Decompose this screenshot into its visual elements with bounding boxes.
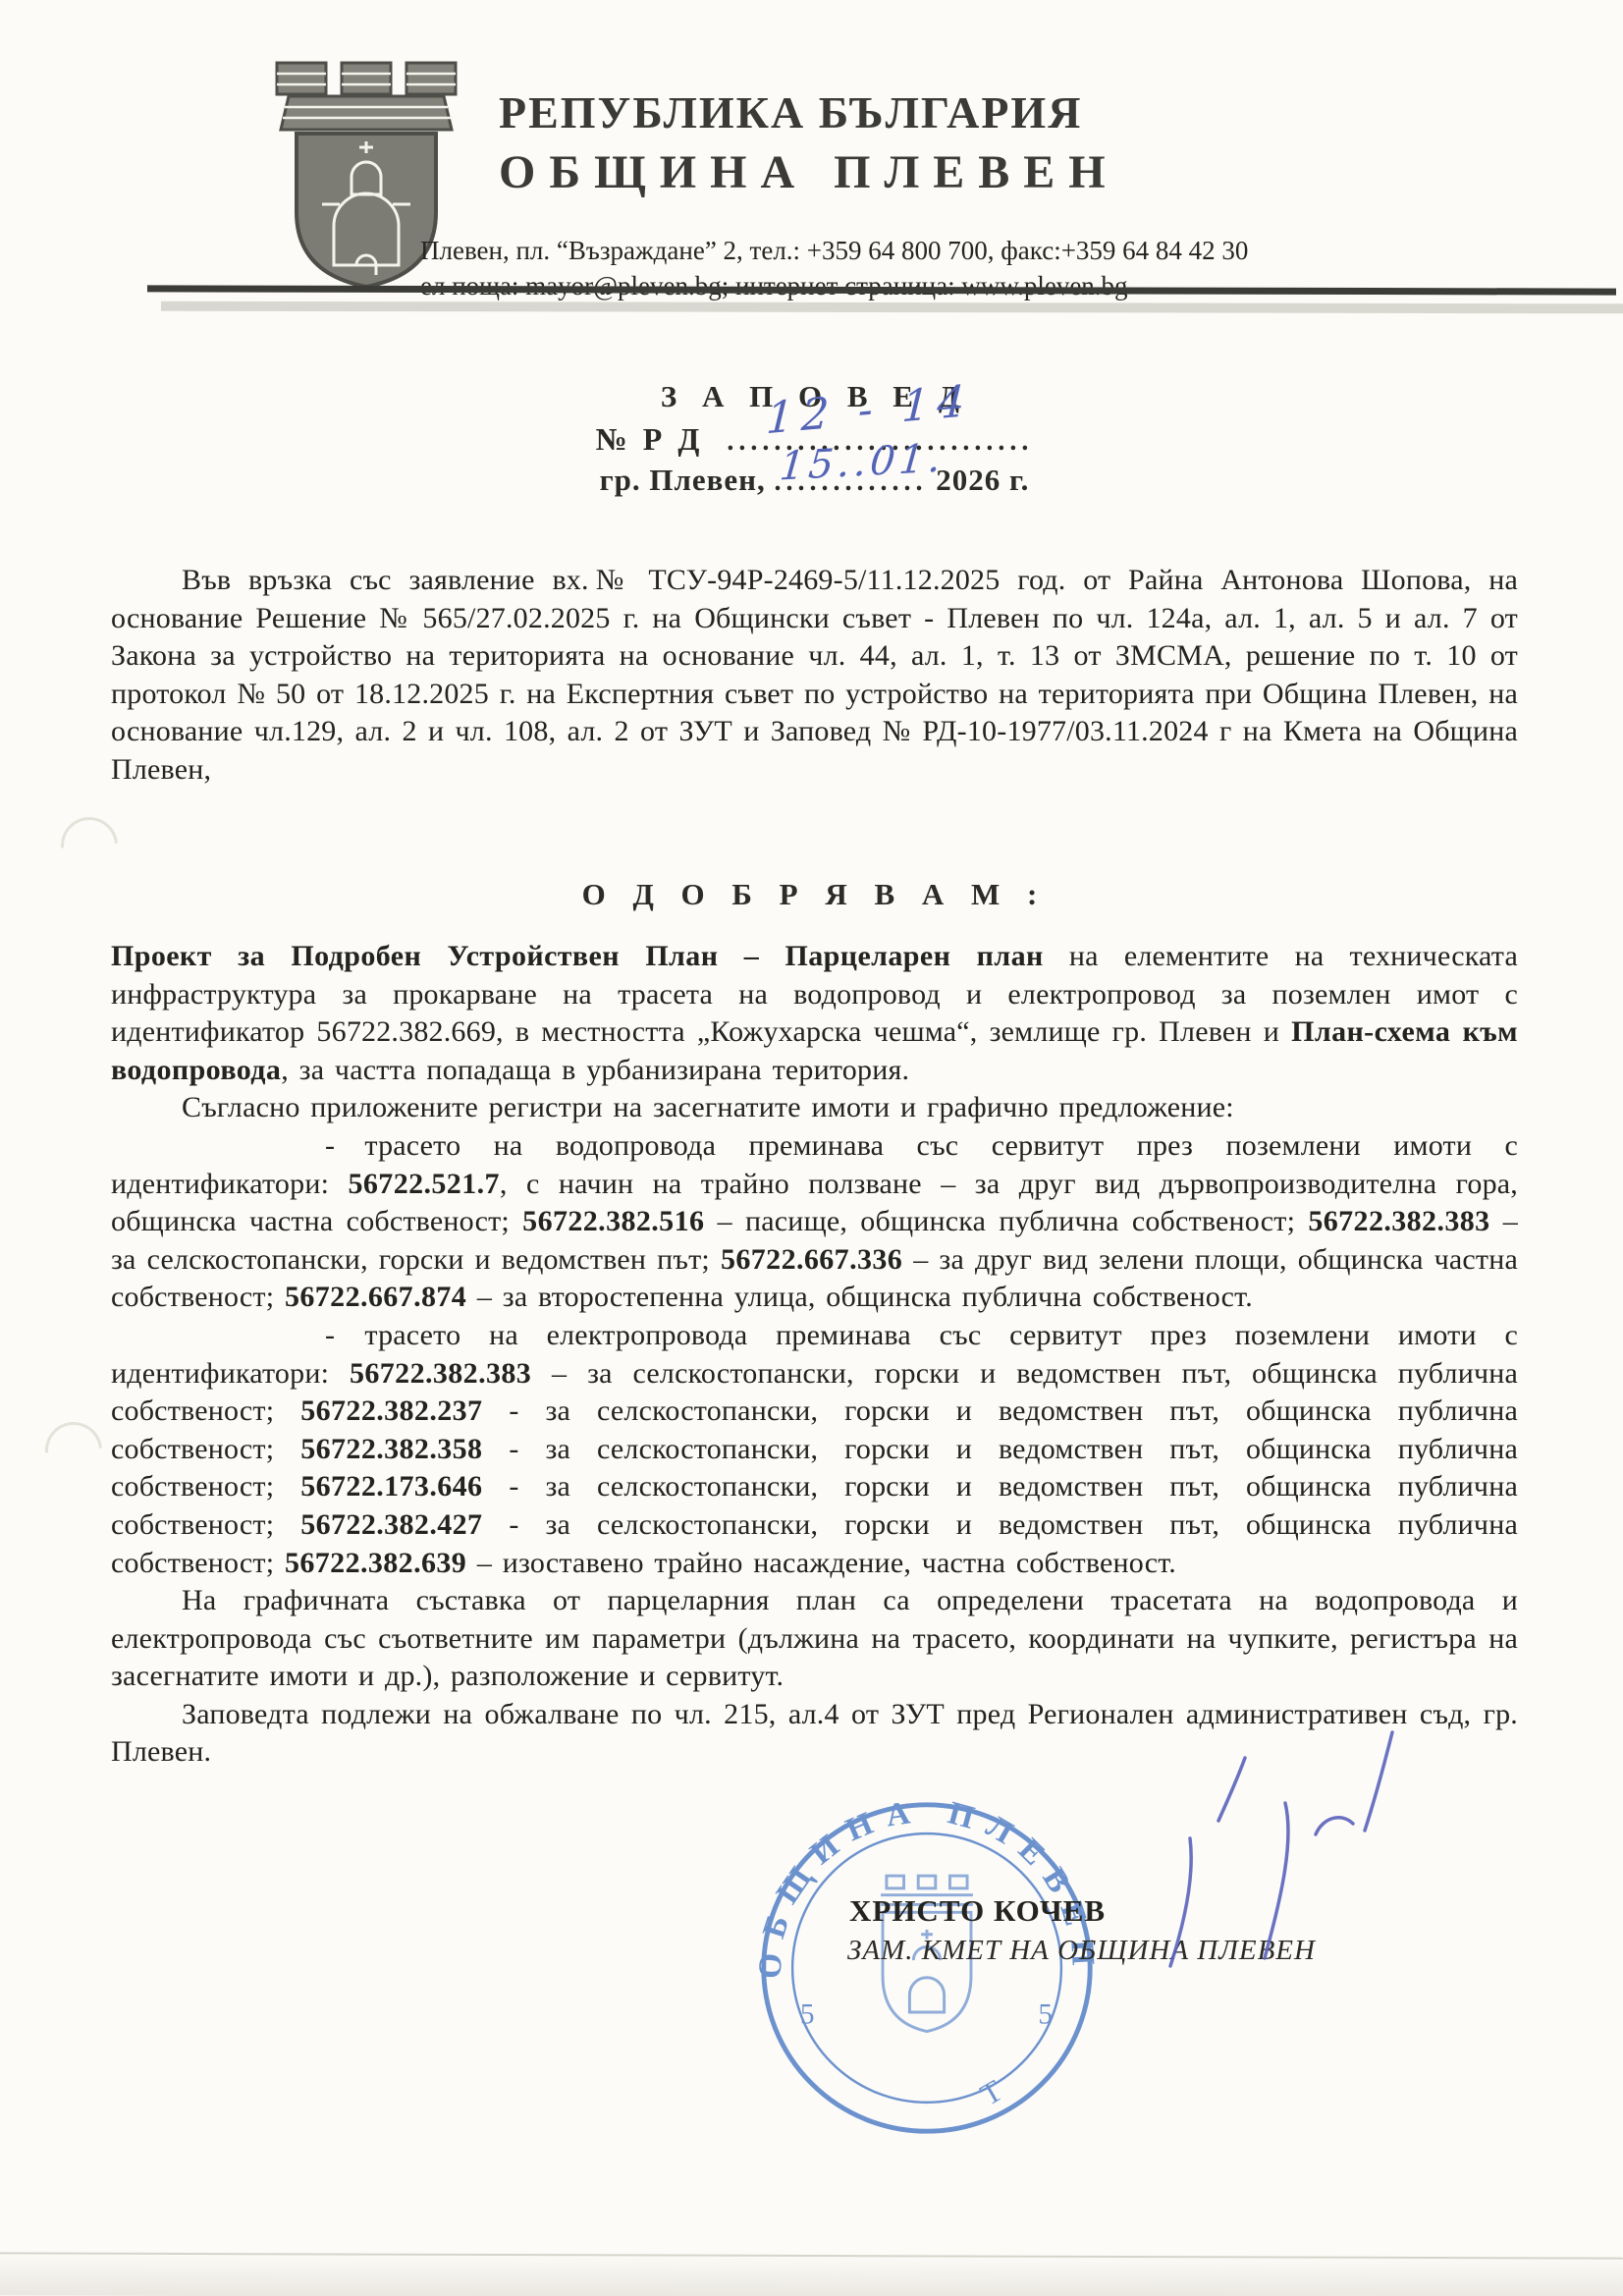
scanned-page-edge	[0, 2252, 1623, 2296]
punch-hole-mark	[49, 805, 130, 886]
municipality-round-stamp: ОБЩИНА ПЛЕВЕН 5 5 Т	[754, 1795, 1100, 2141]
scanned-order-document: РЕПУБЛИКА БЪЛГАРИЯ ОБЩИНА ПЛЕВЕН Плевен,…	[0, 0, 1623, 2296]
signature-title: ЗАМ. КМЕТ НА ОБЩИНА ПЛЕВЕН	[847, 1935, 1316, 1967]
body-paragraph: - трасето на водопровода преминава със с…	[111, 1127, 1518, 1317]
approval-heading: О Д О Б Р Я В А М :	[111, 877, 1518, 912]
signature-name: ХРИСТО КОЧЕВ	[849, 1893, 1106, 1929]
body-paragraph: - трасето на електропровода преминава съ…	[111, 1317, 1518, 1582]
order-place-label: гр. Плевен,	[600, 463, 766, 497]
stamp-left-number: 5	[800, 1999, 815, 2031]
header-municipality: ОБЩИНА ПЛЕВЕН	[499, 145, 1119, 199]
header-address-line: Плевен, пл. “Възраждане” 2, тел.: +359 6…	[420, 236, 1248, 266]
body-paragraph: Проект за Подробен Устройствен План – Па…	[111, 938, 1518, 1089]
order-body: Проект за Подробен Устройствен План – Па…	[111, 938, 1518, 1772]
body-paragraph: Във връзка със заявление вх.№ ТСУ-94Р-24…	[111, 562, 1518, 790]
order-year: 2026 г.	[936, 463, 1029, 497]
body-paragraph: На графичната съставка от парцеларния пл…	[111, 1582, 1518, 1696]
punch-hole-mark	[33, 1410, 114, 1491]
body-paragraph: Съгласно приложените регистри на засегна…	[111, 1089, 1518, 1127]
order-number-label: № Р Д	[596, 421, 704, 457]
stamp-right-number: 5	[1038, 1999, 1053, 2031]
order-intro: Във връзка със заявление вх.№ ТСУ-94Р-24…	[111, 562, 1518, 790]
handwritten-order-date: 15..01.	[778, 435, 947, 489]
body-paragraph: Заповедта подлежи на обжалване по чл. 21…	[111, 1696, 1518, 1772]
header-republic: РЕПУБЛИКА БЪЛГАРИЯ	[499, 86, 1082, 138]
header-divider-light	[161, 301, 1623, 314]
